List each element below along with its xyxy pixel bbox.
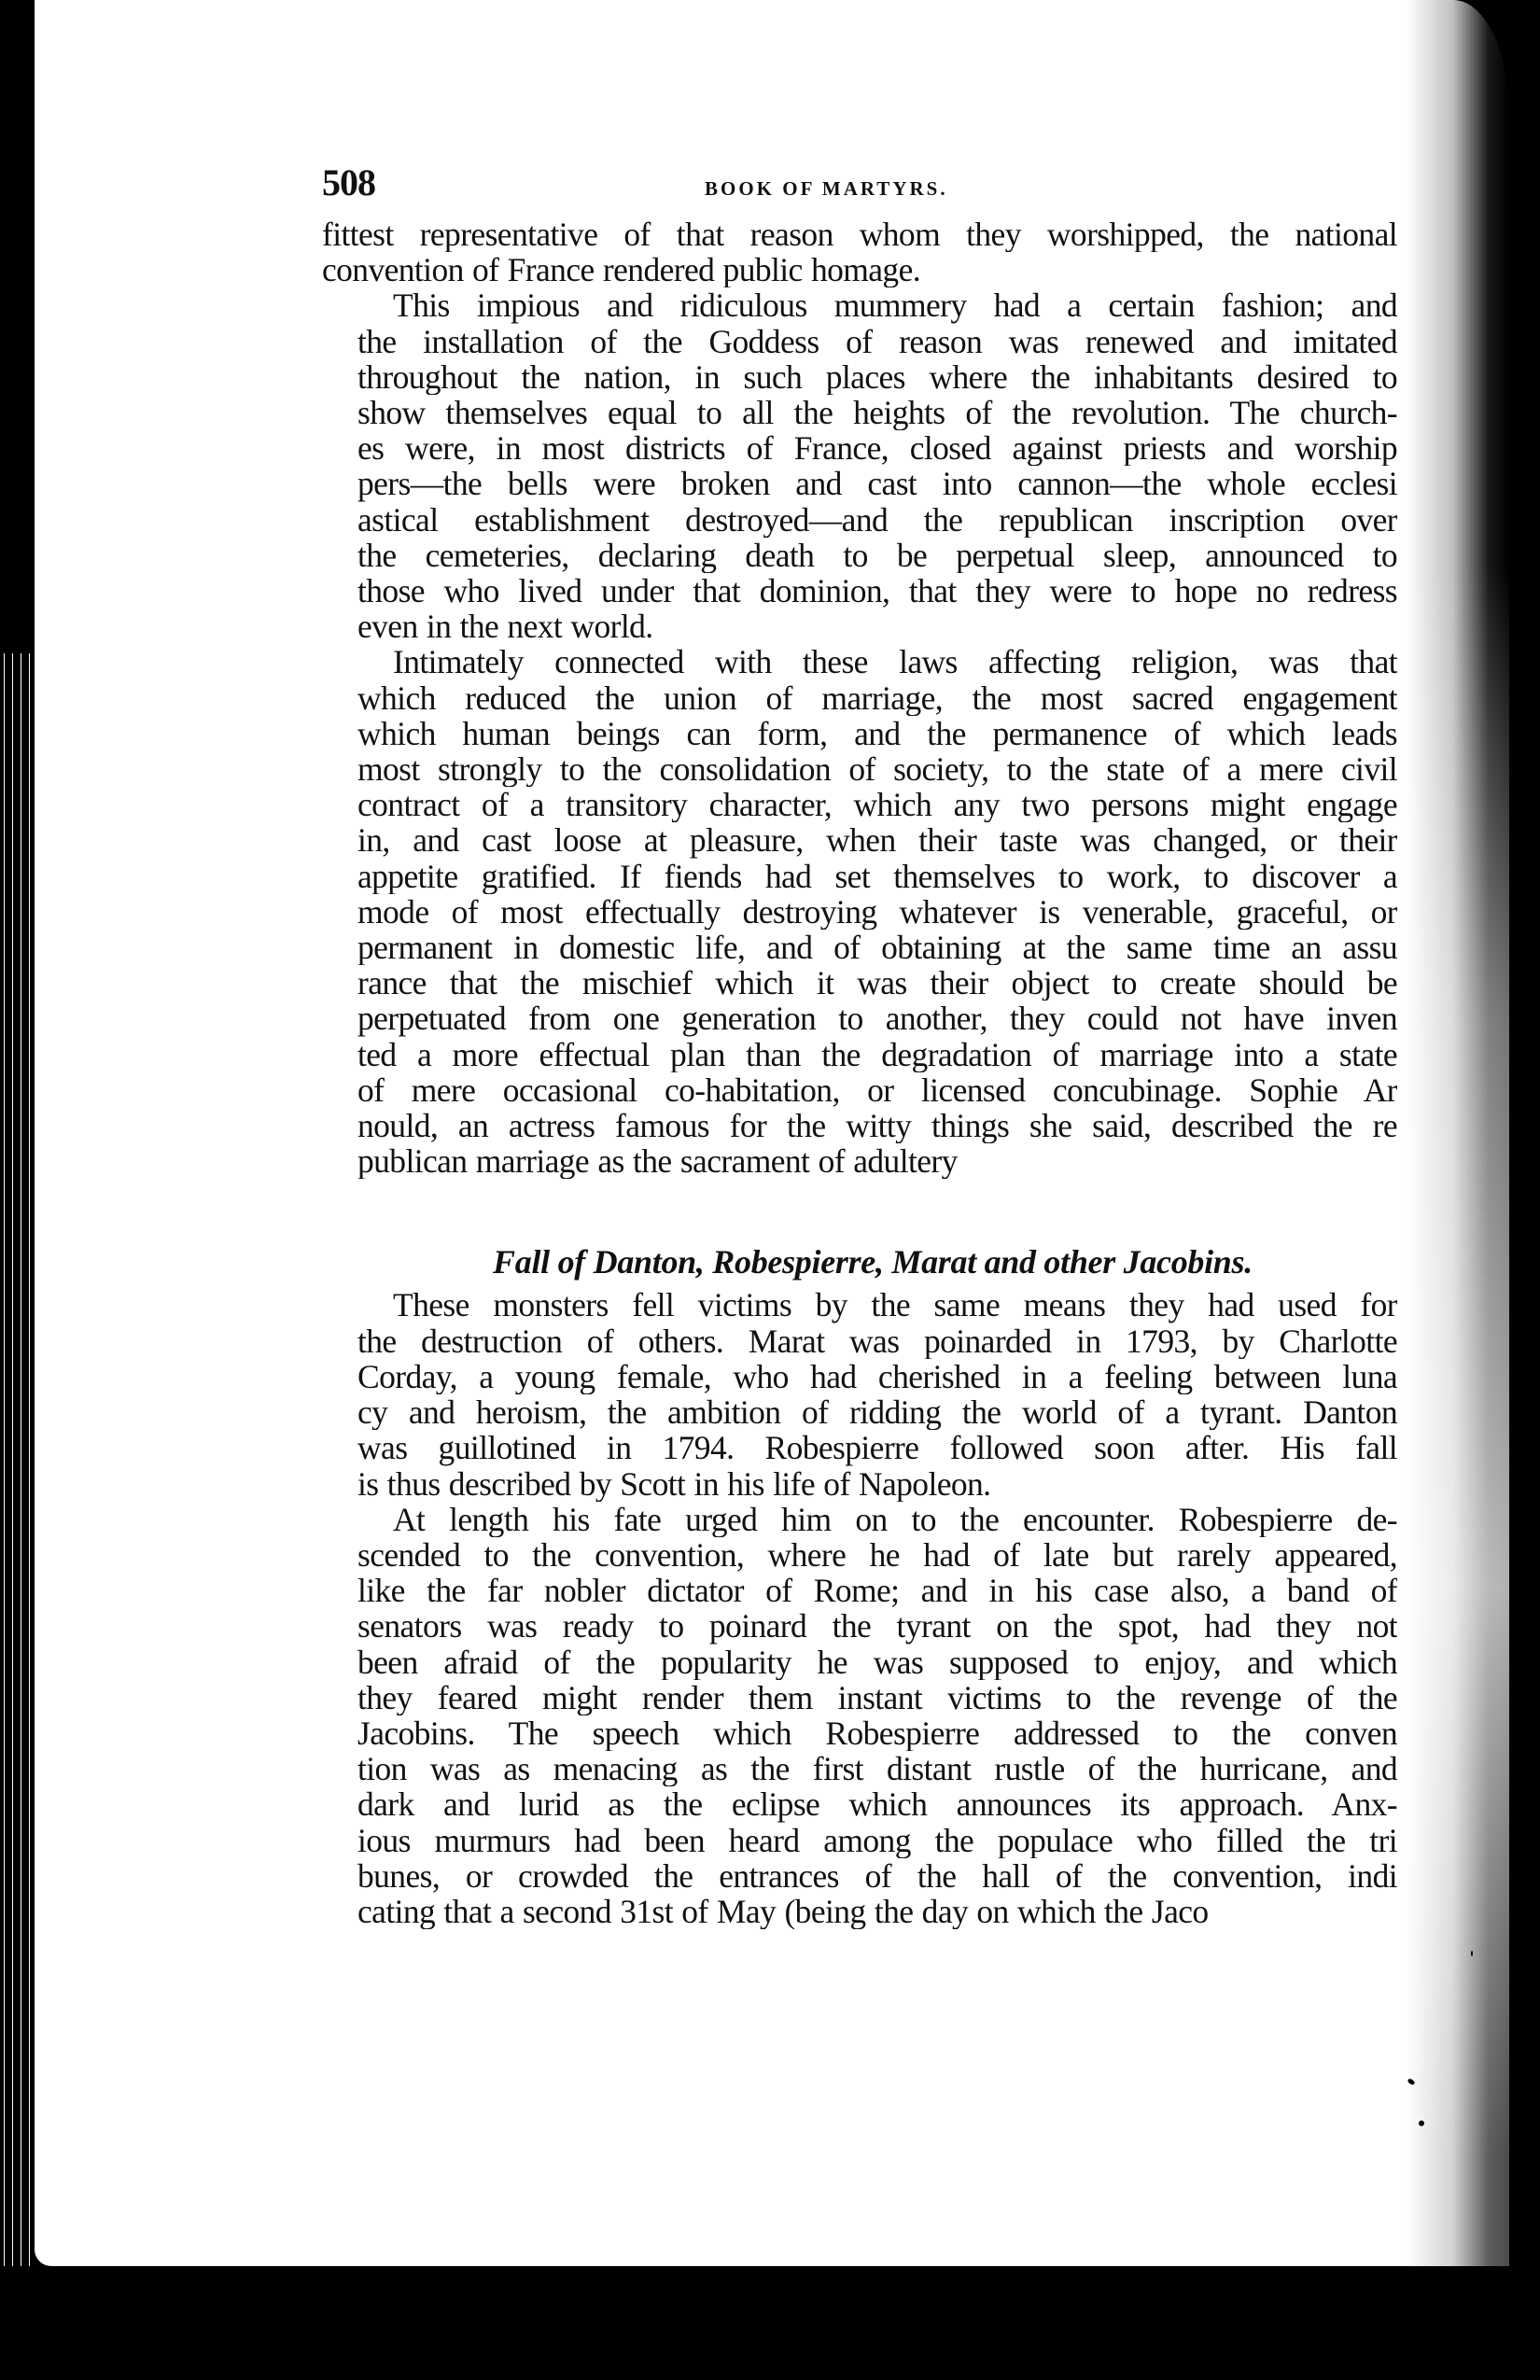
text-line: convention of France rendered public hom… <box>322 252 1397 287</box>
text-line: most strongly to the consolidation of so… <box>322 751 1397 787</box>
section-text: These monsters fell victims by the same … <box>322 1287 1397 1929</box>
text-line: appetite gratified. If fiends had set th… <box>322 859 1397 894</box>
body-text: fittest representative of that reason wh… <box>322 217 1397 1179</box>
running-head: 508 BOOK OF MARTYRS. <box>322 159 1397 217</box>
text-line: like the far nobler dictator of Rome; an… <box>322 1573 1397 1608</box>
text-line: At length his fate urged him on to the e… <box>322 1502 1397 1537</box>
text-line: nould, an actress famous for the witty t… <box>322 1108 1397 1143</box>
text-line: dark and lurid as the eclipse which anno… <box>322 1786 1397 1822</box>
page-number: 508 <box>322 161 375 204</box>
text-line: permanent in domestic life, and of obtai… <box>322 930 1397 965</box>
paragraph: fittest representative of that reason wh… <box>322 217 1397 287</box>
text-line: es were, in most districts of France, cl… <box>322 430 1397 466</box>
text-line: astical establishment destroyed—and the … <box>322 502 1397 538</box>
scan-speck <box>1471 1951 1473 1956</box>
page-content: 508 BOOK OF MARTYRS. fittest representat… <box>322 159 1397 1929</box>
text-line: they feared might render them instant vi… <box>322 1680 1397 1715</box>
text-line: Intimately connected with these laws aff… <box>322 644 1397 679</box>
text-line: in, and cast loose at pleasure, when the… <box>322 822 1397 858</box>
text-line: mode of most effectually destroying what… <box>322 894 1397 930</box>
text-line: throughout the nation, in such places wh… <box>322 359 1397 395</box>
text-line: scended to the convention, where he had … <box>322 1537 1397 1573</box>
paragraph: This impious and ridiculous mummery had … <box>322 287 1397 644</box>
text-line: cating that a second 31st of May (being … <box>322 1894 1397 1929</box>
text-line: perpetuated from one generation to anoth… <box>322 1001 1397 1036</box>
text-line: senators was ready to poinard the tyrant… <box>322 1608 1397 1644</box>
text-line: Jacobins. The speech which Robespierre a… <box>322 1715 1397 1751</box>
text-line: fittest representative of that reason wh… <box>322 217 1397 252</box>
text-line: contract of a transitory character, whic… <box>322 787 1397 822</box>
text-line: those who lived under that dominion, tha… <box>322 573 1397 609</box>
bottom-scan-border <box>0 2266 1540 2380</box>
text-line: ted a more effectual plan than the degra… <box>322 1037 1397 1072</box>
text-line: bunes, or crowded the entrances of the h… <box>322 1858 1397 1894</box>
binding-shadow <box>0 0 35 653</box>
running-title: BOOK OF MARTYRS. <box>705 177 948 201</box>
text-line: even in the next world. <box>322 609 1397 644</box>
text-line: is thus described by Scott in his life o… <box>322 1466 1397 1502</box>
text-line: the cemeteries, declaring death to be pe… <box>322 538 1397 573</box>
scan-speck <box>1419 2121 1424 2126</box>
text-line: which reduced the union of marriage, the… <box>322 680 1397 716</box>
paragraph: These monsters fell victims by the same … <box>322 1287 1397 1501</box>
text-line: publican marriage as the sacrament of ad… <box>322 1143 1397 1179</box>
text-line: of mere occasional co-habitation, or lic… <box>322 1072 1397 1108</box>
text-line: the installation of the Goddess of reaso… <box>322 324 1397 359</box>
text-line: This impious and ridiculous mummery had … <box>322 287 1397 323</box>
section-heading: Fall of Danton, Robespierre, Marat and o… <box>322 1242 1397 1281</box>
paragraph: Intimately connected with these laws aff… <box>322 644 1397 1179</box>
text-line: the destruction of others. Marat was poi… <box>322 1323 1397 1359</box>
right-edge-shadow <box>1407 0 1509 2266</box>
text-line: These monsters fell victims by the same … <box>322 1287 1397 1323</box>
text-line: cy and heroism, the ambition of ridding … <box>322 1394 1397 1430</box>
text-line: rance that the mischief which it was the… <box>322 965 1397 1001</box>
text-line: show themselves equal to all the heights… <box>322 395 1397 430</box>
text-line: Corday, a young female, who had cherishe… <box>322 1359 1397 1394</box>
text-line: pers—the bells were broken and cast into… <box>322 466 1397 501</box>
binding-lines <box>0 653 35 2266</box>
text-line: been afraid of the popularity he was sup… <box>322 1645 1397 1680</box>
text-line: which human beings can form, and the per… <box>322 716 1397 751</box>
paragraph: At length his fate urged him on to the e… <box>322 1502 1397 1929</box>
text-line: ious murmurs had been heard among the po… <box>322 1823 1397 1858</box>
text-line: was guillotined in 1794. Robespierre fol… <box>322 1430 1397 1465</box>
scanned-page: 508 BOOK OF MARTYRS. fittest representat… <box>0 0 1540 2380</box>
text-line: tion was as menacing as the first distan… <box>322 1751 1397 1786</box>
